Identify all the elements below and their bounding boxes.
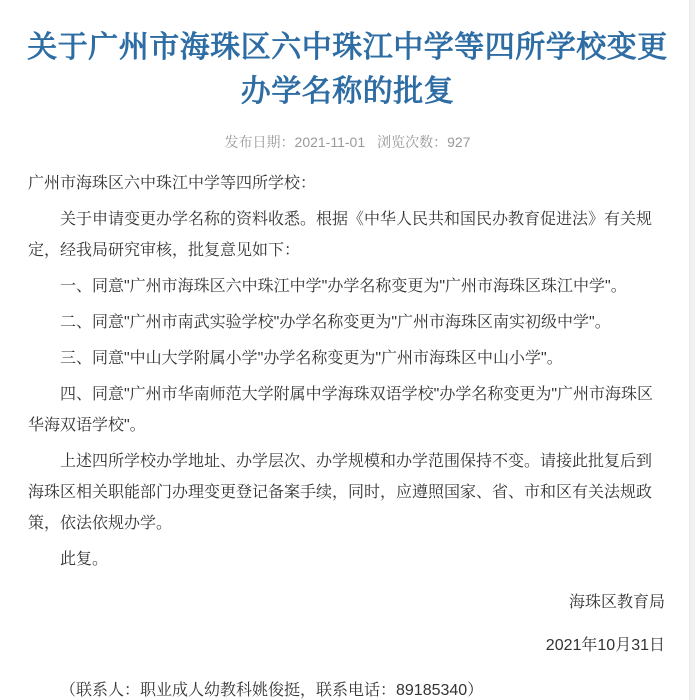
contact-line: （联系人：职业成人幼教科姚俊挺，联系电话：89185340）	[28, 675, 665, 700]
publish-date-label: 发布日期：	[225, 134, 295, 150]
views-value: 927	[447, 134, 470, 150]
closing-line: 此复。	[28, 544, 665, 575]
meta-line: 发布日期：2021-11-01浏览次数：927	[0, 132, 695, 152]
paragraph-requirements: 上述四所学校办学地址、办学层次、办学规模和办学范围保持不变。请接此批复后到海珠区…	[28, 446, 665, 539]
paragraph-item-4: 四、同意"广州市华南师范大学附属中学海珠双语学校"办学名称变更为"广州市海珠区华…	[28, 379, 665, 441]
paragraph-item-2: 二、同意"广州市南武实验学校"办学名称变更为"广州市海珠区南实初级中学"。	[28, 307, 665, 338]
publish-date-value: 2021-11-01	[295, 134, 366, 150]
document-page: 关于广州市海珠区六中珠江中学等四所学校变更办学名称的批复 发布日期：2021-1…	[0, 0, 695, 700]
paragraph-item-3: 三、同意"中山大学附属小学"办学名称变更为"广州市海珠区中山小学"。	[28, 343, 665, 374]
paragraph-intro: 关于申请变更办学名称的资料收悉。根据《中华人民共和国民办教育促进法》有关规定，经…	[28, 204, 665, 266]
paragraph-item-1: 一、同意"广州市海珠区六中珠江中学"办学名称变更为"广州市海珠区珠江中学"。	[28, 271, 665, 302]
article-body: 广州市海珠区六中珠江中学等四所学校： 关于申请变更办学名称的资料收悉。根据《中华…	[0, 168, 695, 700]
signature-org: 海珠区教育局	[28, 587, 665, 618]
views-label: 浏览次数：	[377, 134, 447, 150]
scrollbar-track[interactable]	[689, 0, 695, 700]
addressee-line: 广州市海珠区六中珠江中学等四所学校：	[28, 168, 665, 199]
signature-date: 2021年10月31日	[28, 630, 665, 661]
page-title: 关于广州市海珠区六中珠江中学等四所学校变更办学名称的批复	[16, 26, 679, 114]
